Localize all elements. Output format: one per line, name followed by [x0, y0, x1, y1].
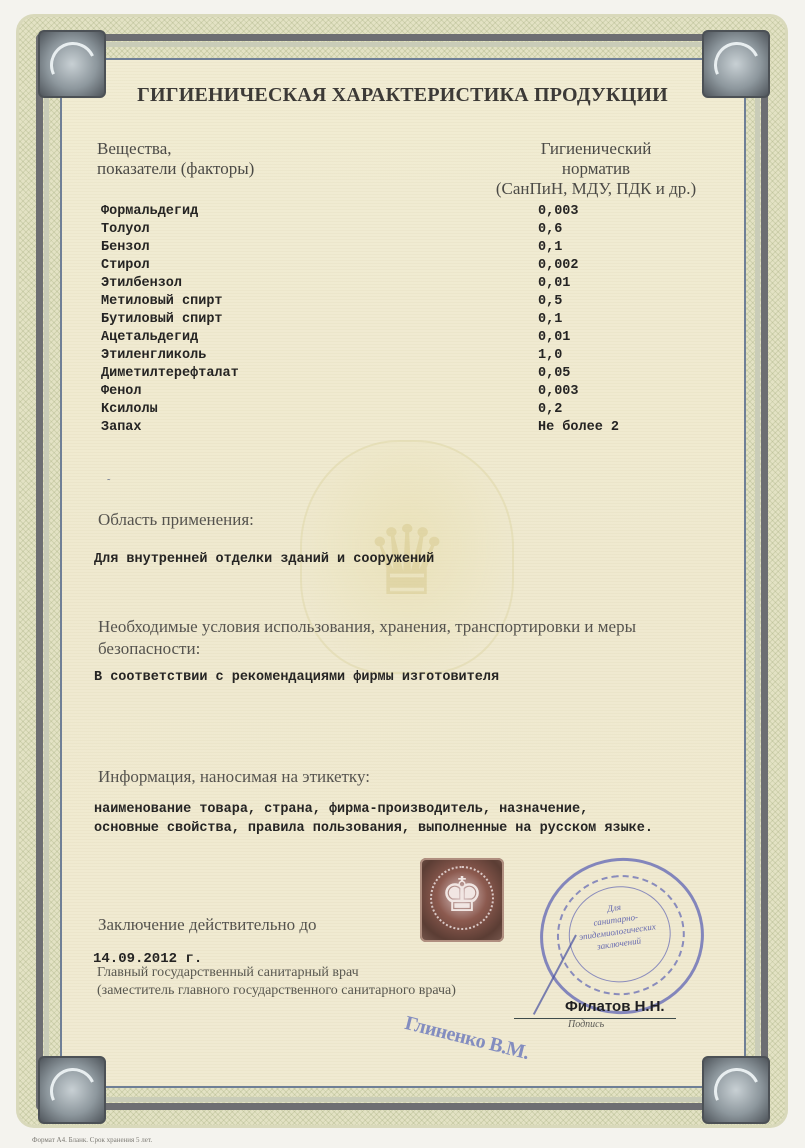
table-row: Бутиловый спирт0,1 — [101, 311, 661, 329]
table-row: Формальдегид0,003 — [101, 203, 661, 221]
corner-ornament-icon — [38, 1056, 106, 1124]
header-line: Вещества, — [97, 139, 254, 159]
header-line: показатели (факторы) — [97, 159, 254, 179]
substance-name: Ацетальдегид — [101, 329, 538, 347]
label-line: безопасности: — [98, 638, 636, 660]
norm-value: 0,2 — [538, 401, 661, 419]
header-line: Гигиенический — [486, 139, 706, 159]
table-row: Фенол0,003 — [101, 383, 661, 401]
table-row: Этиленгликоль1,0 — [101, 347, 661, 365]
corner-ornament-icon — [702, 1056, 770, 1124]
label-info-text: наименование товара, страна, фирма-произ… — [94, 800, 653, 838]
substance-name: Формальдегид — [101, 203, 538, 221]
label-line: Необходимые условия использования, хране… — [98, 616, 636, 638]
substance-name: Бензол — [101, 239, 538, 257]
norm-value: 0,01 — [538, 275, 661, 293]
footer-note: Формат А4. Бланк. Срок хранения 5 лет. — [32, 1136, 152, 1144]
norm-value: 0,1 — [538, 239, 661, 257]
norm-value: Не более 2 — [538, 419, 661, 437]
table-row: Ксилолы0,2 — [101, 401, 661, 419]
table-row: Бензол0,1 — [101, 239, 661, 257]
position-line: (заместитель главного государственного с… — [97, 982, 456, 1000]
table-row: Толуол0,6 — [101, 221, 661, 239]
column-header-norm: Гигиенический норматив (СанПиН, МДУ, ПДК… — [486, 139, 706, 199]
label-info-label: Информация, наносимая на этикетку: — [98, 766, 370, 788]
signature-caption: Подпись — [568, 1019, 604, 1030]
eagle-icon: ♚ — [420, 866, 504, 926]
header-line: норматив — [486, 159, 706, 179]
substance-name: Ксилолы — [101, 401, 538, 419]
substance-name: Метиловый спирт — [101, 293, 538, 311]
application-text: Для внутренней отделки зданий и сооружен… — [94, 550, 434, 569]
substance-name: Этилбензол — [101, 275, 538, 293]
validity-label: Заключение действительно до — [98, 914, 317, 936]
substance-name: Бутиловый спирт — [101, 311, 538, 329]
norm-value: 0,003 — [538, 383, 661, 401]
application-label: Область применения: — [98, 509, 254, 531]
text-line: наименование товара, страна, фирма-произ… — [94, 800, 653, 819]
ink-speck: ˜ — [107, 478, 110, 489]
substance-name: Фенол — [101, 383, 538, 401]
position-line: Главный государственный санитарный врач — [97, 964, 456, 982]
substance-name: Этиленгликоль — [101, 347, 538, 365]
substance-name: Стирол — [101, 257, 538, 275]
hologram-seal: ♚ — [420, 858, 504, 942]
norm-value: 0,6 — [538, 221, 661, 239]
norm-value: 0,002 — [538, 257, 661, 275]
table-row: Стирол0,002 — [101, 257, 661, 275]
table-row: Этилбензол0,01 — [101, 275, 661, 293]
column-header-substances: Вещества, показатели (факторы) — [97, 139, 254, 179]
hygiene-table: Формальдегид0,003Толуол0,6Бензол0,1Стиро… — [101, 203, 661, 437]
table-row: Диметилтерефталат0,05 — [101, 365, 661, 383]
norm-value: 1,0 — [538, 347, 661, 365]
conditions-text: В соответствии с рекомендациями фирмы из… — [94, 668, 499, 687]
norm-value: 0,5 — [538, 293, 661, 311]
substance-name: Диметилтерефталат — [101, 365, 538, 383]
signer-name: Филатов Н.Н. — [565, 998, 665, 1015]
table-row: Ацетальдегид0,01 — [101, 329, 661, 347]
substance-name: Толуол — [101, 221, 538, 239]
norm-value: 0,003 — [538, 203, 661, 221]
conditions-label: Необходимые условия использования, хране… — [98, 616, 636, 660]
text-line: основные свойства, правила пользования, … — [94, 819, 653, 838]
norm-value: 0,1 — [538, 311, 661, 329]
substance-name: Запах — [101, 419, 538, 437]
header-line: (СанПиН, МДУ, ПДК и др.) — [486, 179, 706, 199]
norm-value: 0,05 — [538, 365, 661, 383]
table-row: ЗапахНе более 2 — [101, 419, 661, 437]
document-title: ГИГИЕНИЧЕСКАЯ ХАРАКТЕРИСТИКА ПРОДУКЦИИ — [0, 84, 805, 107]
norm-value: 0,01 — [538, 329, 661, 347]
signatory-position: Главный государственный санитарный врач … — [97, 964, 456, 1000]
table-row: Метиловый спирт0,5 — [101, 293, 661, 311]
